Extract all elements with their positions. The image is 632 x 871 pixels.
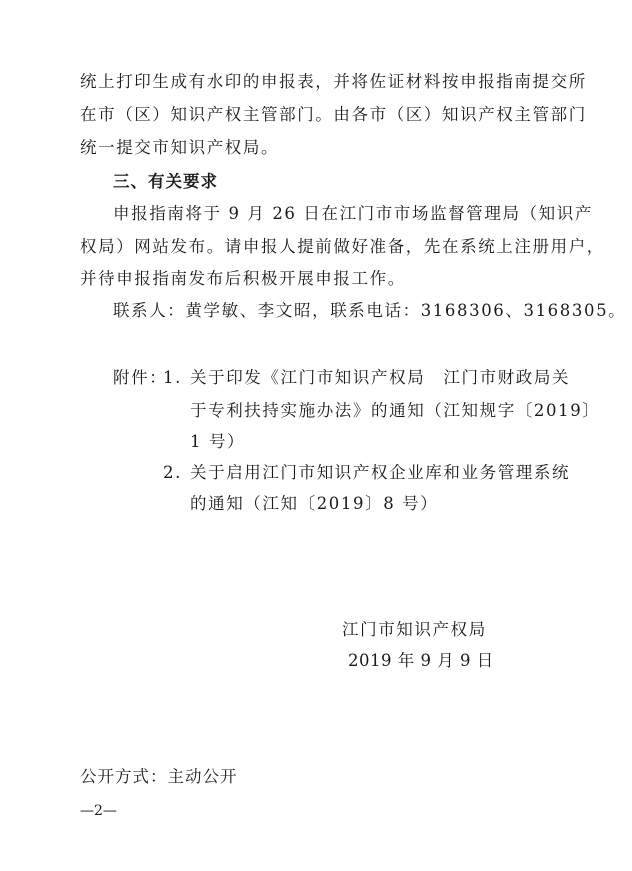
attachment-1-line-3: 1 号） xyxy=(190,432,245,452)
contact-line: 联系人：黄学敏、李文昭，联系电话：3168306、3168305。 xyxy=(113,301,626,321)
attachment-2-number: 2. xyxy=(163,463,182,483)
attachment-1-line-1: 关于印发《江门市知识产权局 江门市财政局关 xyxy=(190,368,570,388)
attachment-1-number: 1. xyxy=(163,368,182,388)
attachment-2-line-2: 的通知（江知〔2019〕8 号） xyxy=(190,494,438,514)
requirements-line-2: 权局）网站发布。请申报人提前做好准备，先在系统上注册用户， xyxy=(80,237,605,257)
attachment-2-line-1: 关于启用江门市知识产权企业库和业务管理系统 xyxy=(190,463,570,483)
signature-date: 2019 年 9 月 9 日 xyxy=(348,651,494,671)
signature-issuer: 江门市知识产权局 xyxy=(342,620,487,640)
attachments-label: 附件： xyxy=(113,368,167,388)
body-line-3: 统一提交市知识产权局。 xyxy=(80,138,279,158)
requirements-line-1: 申报指南将于 9 月 26 日在江门市市场监督管理局（知识产 xyxy=(113,204,593,224)
page-number: —2— xyxy=(80,801,117,821)
disclosure-label: 公开方式：主动公开 xyxy=(80,767,238,787)
section-heading: 三、有关要求 xyxy=(113,172,218,192)
body-line-2: 在市（区）知识产权主管部门。由各市（区）知识产权主管部门 xyxy=(80,105,587,125)
requirements-line-3: 并待申报指南发布后积极开展申报工作。 xyxy=(80,269,406,289)
body-line-1: 统上打印生成有水印的申报表，并将佐证材料按申报指南提交所 xyxy=(80,72,587,92)
attachment-1-line-2: 于专利扶持实施办法》的通知（江知规字〔2019〕 xyxy=(190,401,600,421)
